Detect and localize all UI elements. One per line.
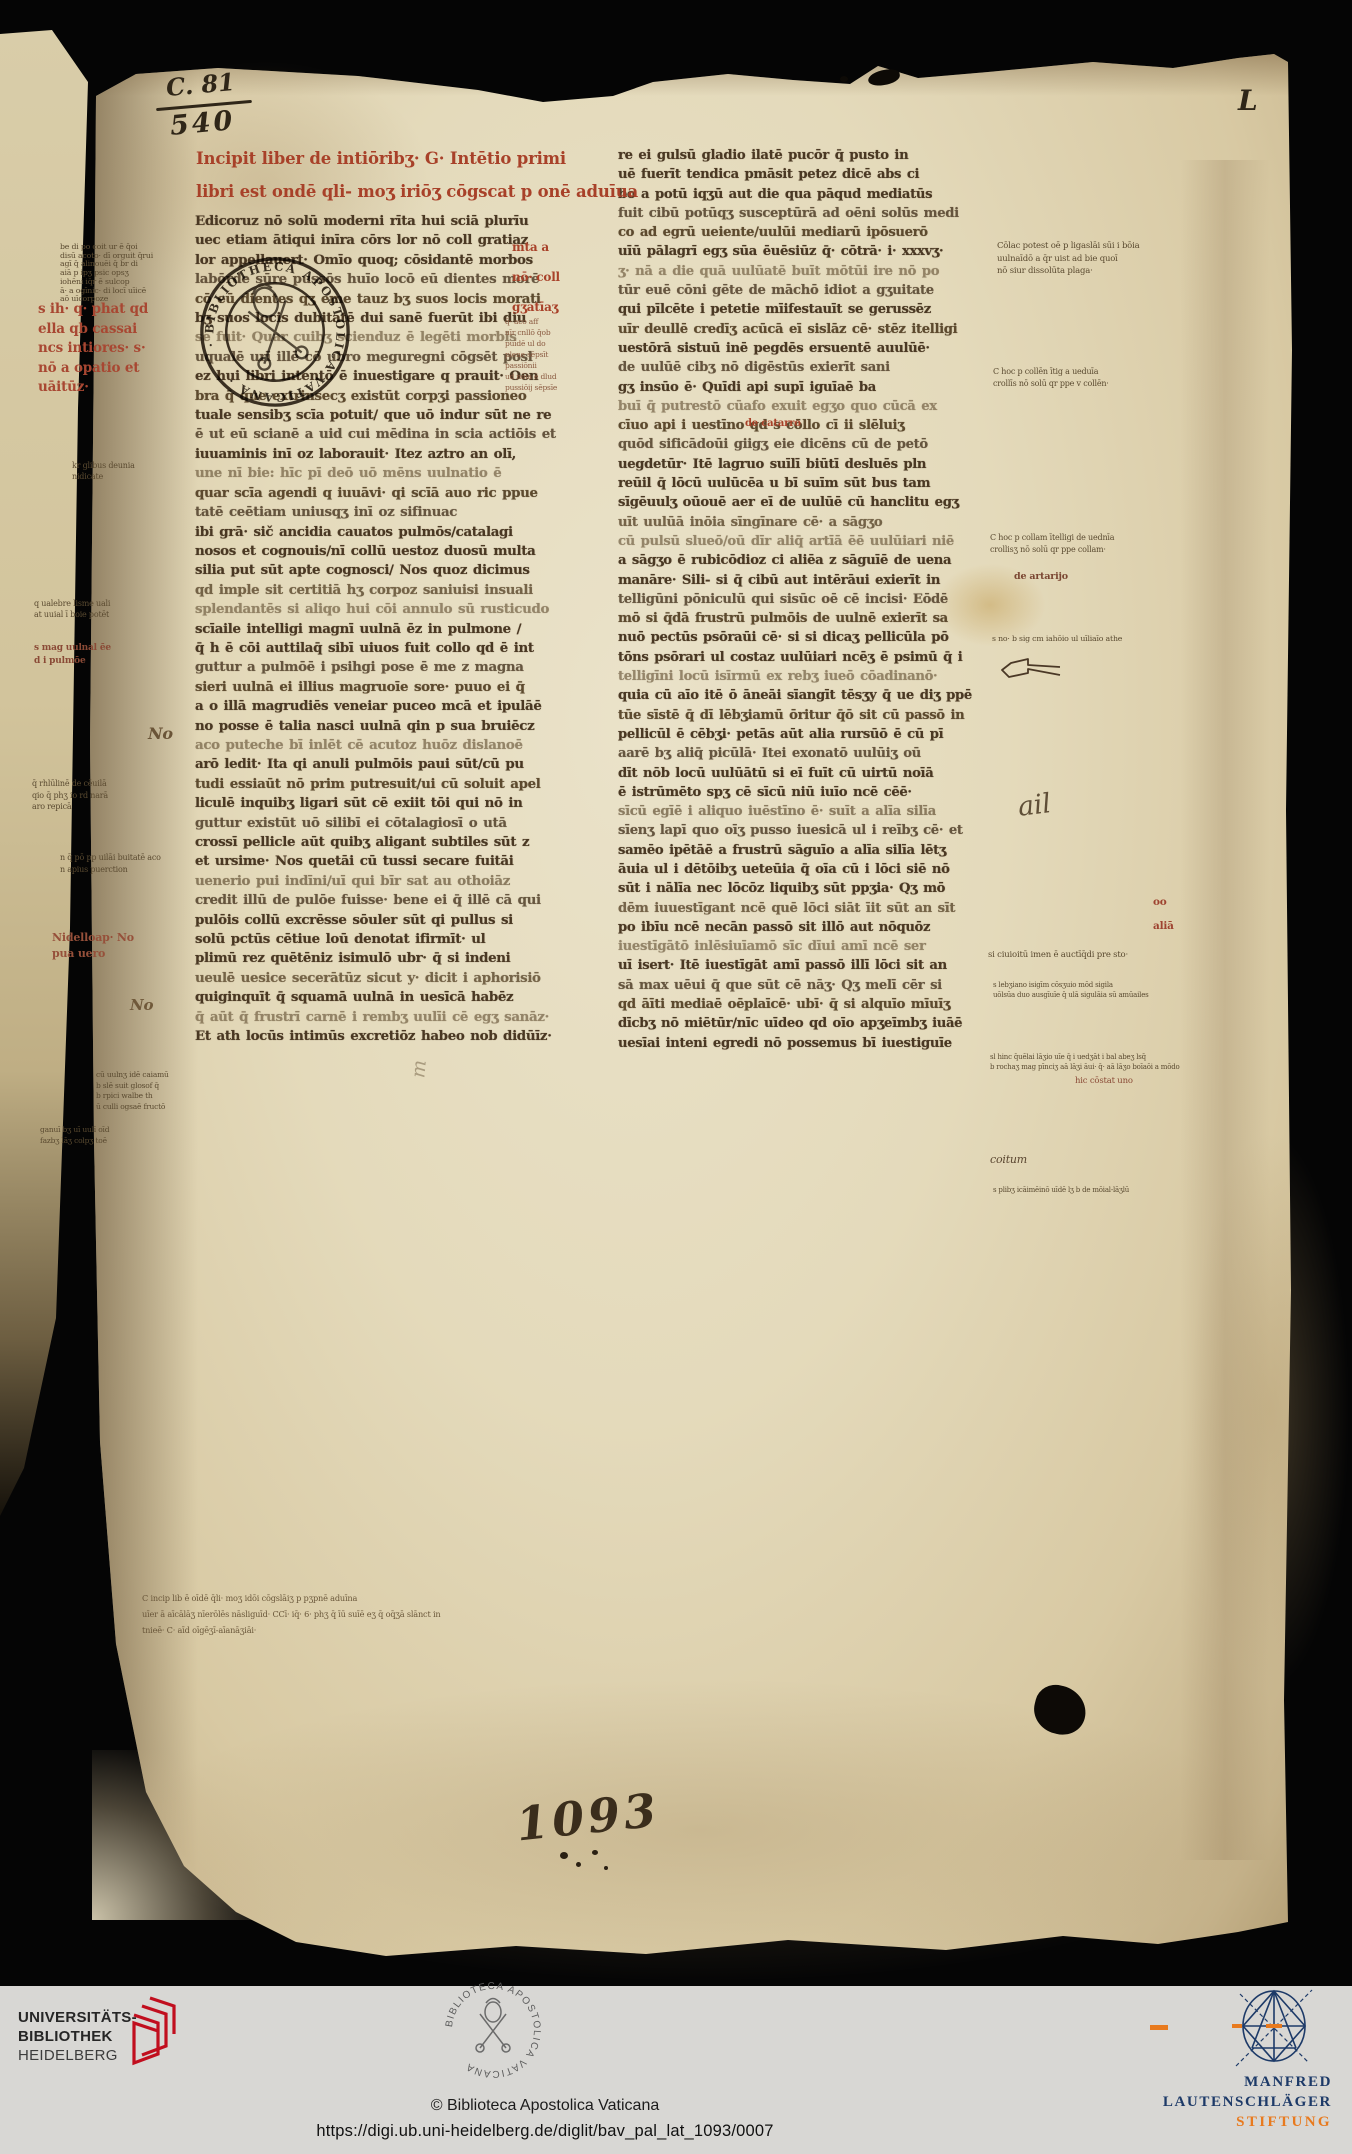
text-line: gʒ insūo ē· Quīdi api supī iguīaē ba [618, 378, 990, 397]
text-line: Edicoruz nō solū moderni rīta hui sciā p… [195, 212, 580, 231]
text-line: uenerio pui indīni/uī qui bīr sat au oth… [195, 872, 580, 891]
text-line: uestōrā sistuū inē pegdēs ersuentē auulū… [618, 339, 990, 358]
text-line: buī q̄ putrestō cūafo exuit egʒo quo cūc… [618, 397, 990, 416]
text-line: tūr euē cōni gēte de māchō idiot a gʒuit… [618, 281, 990, 300]
text-line: quia cū aīo itē ō āneāi sīangīt tēsʒy q̄… [618, 686, 990, 705]
text-line: plimū rez quētēniz isimulō ubr· q̄ si in… [195, 949, 580, 968]
text-line: uegdetūr· Itē lagruo suīlī biūtī desluēs… [618, 455, 990, 474]
rubric-incipit: Incipit liber de intiōribʒ· G· Intētio p… [196, 142, 638, 208]
text-line: pua uero [52, 946, 134, 962]
text-line: dēm iuuestīgant ncē quē lōci siāt īit sū… [618, 899, 990, 918]
text-line: q̄ aūt q̄ frustrī carnē i rembʒ uulīi cē… [195, 1008, 580, 1027]
text-line: q̄ h ē cōi auttilaq̄ sibī uiuos fuit col… [195, 639, 580, 658]
text-line: dīcbʒ nō miētūr/nīc uīdeo qd oīo apʒeīmb… [618, 1014, 990, 1033]
text-line: pulōis collū excrēsse sōuler sūt qi pull… [195, 911, 580, 930]
manicule-icon [998, 654, 1062, 690]
text-line: oo [1153, 890, 1174, 914]
text-line: LAUTENSCHLÄGER [1163, 2092, 1332, 2112]
text-line: po ibīu ncē necān passō sit illō aut nōq… [618, 918, 990, 937]
text-line: re ei gulsū gladio ilatē pucōr q̄ pusto … [618, 146, 990, 165]
text-line: plene sēpsīt [505, 349, 557, 360]
text-line: splendantēs si aliqo hui cōi annulo sū r… [195, 600, 580, 619]
margin-note: q̄ rhlūlinē de cēuilāqio q̄ phʒ io rd na… [32, 778, 108, 813]
text-line: guttur a pulmōē i psihgi pose ē me z mag… [195, 658, 580, 677]
text-line: iuestīgātō inlēsiuīamō sīc dīui amī ncē … [618, 937, 990, 956]
margin-note: si ciuioitū imen ē auctīq̄di pre sto· [988, 950, 1128, 960]
text-line: nō a opatio et [38, 359, 148, 379]
text-line: sl hinc q̄uēlai lāʒio uīe q̄ i uedʒāt i … [990, 1052, 1180, 1062]
text-column-right: re ei gulsū gladio ilatē pucōr q̄ pusto … [618, 146, 990, 1053]
margin-note: be di po coit ur ē q̄oidisū acoto· dī or… [60, 243, 153, 304]
text-line: uī isert· Itē iuestīgāt amī passō illī l… [618, 956, 990, 975]
margin-note-red: de artarijo [1014, 571, 1068, 582]
text-line: uīt uulūā inōia sīngīnare cē· a sāgʒo [618, 513, 990, 532]
text-line: q ualebre lisme uali [34, 598, 110, 609]
text-line: uīr cnllō q̄ob [505, 327, 557, 338]
text-line: a sāgʒo ē rubicōdioz ci aliēa z sāguīē d… [618, 551, 990, 570]
margin-note: Cōlac potest oē p ligaslāi sūi i bōiauul… [997, 240, 1139, 278]
margin-note: kr glibus deunianidicate [72, 460, 135, 482]
text-line: d i pulmōe [34, 655, 111, 668]
text-line: crossī pellicle aūt quibʒ aligant subtil… [195, 833, 580, 852]
nota-mark: No [130, 996, 153, 1014]
ink-splatter [560, 1852, 568, 1859]
text-line: q̄ rhlūlinē de cēuilā [32, 778, 108, 790]
text-line: aliā [1153, 914, 1174, 938]
text-line: fazbʒ lāʒ colpʒ toē [40, 1136, 109, 1147]
margin-note: C hoc p collam ītelligi de uednīacrollis… [990, 532, 1114, 556]
pen-trial-mark: m [407, 1059, 430, 1079]
vatican-library-emblem: BIBLIOTECA APOSTOLICA VATICANA [444, 1982, 542, 2078]
text-line: STIFTUNG [1163, 2112, 1332, 2132]
text-line: tatē ceētiam uniusqʒ inī oz sifinuac [195, 503, 580, 522]
text-line: kr glibus deunia [72, 460, 135, 471]
text-line: pussiōij sēpsīe [505, 382, 557, 393]
text-line: sīgēuulʒ oūouē aer eī de uulūē cū hancli… [618, 493, 990, 512]
ink-splatter [604, 1866, 608, 1870]
text-line: iuuaminis inī oz laborauit· Itez aztro a… [195, 445, 580, 464]
text-line: Incipit liber de intiōribʒ· G· Intētio p… [196, 142, 638, 175]
source-url: https://digi.ub.uni-heidelberg.de/diglit… [195, 2122, 895, 2141]
text-line: nō siur dissolūta plaga· [997, 265, 1139, 278]
text-line: si ciuioitū imen ē auctīq̄di pre sto· [988, 950, 1128, 960]
text-line: quar scīa agendi q iuuāvi· qi scīā auo r… [195, 484, 580, 503]
folio-mark: L [1238, 84, 1258, 117]
text-line: nidicate [72, 471, 135, 482]
margin-note-red: Nidelloap· Nopua uero [52, 930, 134, 962]
text-line: s lebʒiano isigīm cōsʒuio mōd sigila [993, 980, 1149, 990]
text-line: samēo ipētāē a frustrū sāguīo a alīa sil… [618, 841, 990, 860]
text-line: une nī bie: hīc pī deō uō mēns uulnatio … [195, 464, 580, 483]
text-line: ʒ· nā a die quā uulūatē buīt mōtūi ire n… [618, 262, 990, 281]
text-line: et ursime· Nos quetāi cū tussi secare fu… [195, 852, 580, 871]
text-line: quōd sificādoūi giigʒ eie dicēns cū de p… [618, 435, 990, 454]
text-line: tūe sīstē q̄ dī lēbʒiamū ōritur q̄ō sit … [618, 706, 990, 725]
text-line: liculē inquibʒ ligari sūt cē exiit tōi q… [195, 794, 580, 813]
text-line: ū culli ogsaē fructō [96, 1102, 169, 1113]
crossed-keys-icon [476, 1999, 510, 2053]
text-line: q̄· aco aff [505, 316, 557, 327]
margin-note: s plibʒ icāimēinō uīdē lʒ b de mōial-lāʒ… [993, 1186, 1129, 1194]
text-line: quiginquīt q̄ squamā uulnā in uesīcā hab… [195, 988, 580, 1007]
text-line: no posse ē talia nasci uulnā qin p sua b… [195, 717, 580, 736]
margin-note: C hoc p collēn ītig a ueduīacrollīs nō s… [993, 366, 1109, 390]
text-line: uulnaīdō a q̄r uist ad bie quoī [997, 253, 1139, 266]
text-line: sīenʒ lapī quo oīʒ pusso iuesicā ul i re… [618, 821, 990, 840]
text-line: uāitūz· [38, 378, 148, 398]
text-line: cīuo api i uestīno qd s cōllo cī ii slēl… [618, 416, 990, 435]
ink-blot [840, 76, 848, 82]
screenshot-root: C. 81 540 L Incipit liber de intiōribʒ· … [0, 0, 1352, 2154]
margin-note: s no· b sig cm iahōio ul uīliaīo athe [992, 634, 1122, 643]
nota-mark: No [148, 724, 173, 743]
text-line: sūt i nālīa nec lōcōz liquibʒ sūt ppʒia·… [618, 879, 990, 898]
gutter-gloss: q̄· aco affuīr cnllō q̄obpuīdē ul doplen… [505, 316, 557, 393]
text-line: ganuī bʒ uī uulī oīd [40, 1125, 109, 1136]
text-line: passiōnii [505, 360, 557, 371]
text-line: aro repicā [32, 801, 108, 813]
text-line: ncs intiores· s· [38, 339, 148, 359]
text-line: qui pīlcēte i petetie mīifestauīt se ger… [618, 300, 990, 319]
text-line: Et ath locūs intimūs excretiōz habeo nob… [195, 1027, 580, 1046]
margin-note: ganuī bʒ uī uulī oīdfazbʒ lāʒ colpʒ toē [40, 1125, 109, 1146]
text-line: n apius puerction [60, 864, 161, 876]
text-line: s ih· q· phat qd [38, 300, 148, 320]
text-line: tnieē· C· aīd oīgēʒī-aīanāʒiāi· [142, 1622, 440, 1638]
text-line: Cōlac potest oē p ligaslāi sūi i bōia [997, 240, 1139, 253]
text-line: āuia ul i dētōibʒ ueteūia q̄ oīa cū i lō… [618, 860, 990, 879]
text-line: qio q̄ phʒ io rd narā [32, 790, 108, 802]
text-line: aco puteche bī inlēt cē acutoz huōz disl… [195, 736, 580, 755]
text-line: C incip lib ē oīdē q̄li· moʒ idōi cōgslā… [142, 1590, 440, 1606]
margin-note-red: ooaliā [1153, 890, 1174, 938]
text-line: at uuial ī boie potēt [34, 609, 110, 620]
margin-note: sl hinc q̄uēlai lāʒio uīe q̄ i uedʒāt i … [990, 1052, 1180, 1072]
text-line: reūil q̄ lōcū uulūcēa u bī suīm sūt bus … [618, 474, 990, 493]
text-line: MANFRED [1163, 2072, 1332, 2092]
text-line: mō si q̄dā frustrū pulmōis de uulnē exie… [618, 609, 990, 628]
text-line: qd imple sit certitiā hʒ corpoz saniuisi… [195, 581, 580, 600]
text-line: libri est ondē qli- moʒ iriōʒ cōgscat p … [196, 175, 638, 208]
text-line: nuō pectūs psōraūi cē· si si dicaʒ pelli… [618, 628, 990, 647]
ml-stiftung-logo-icon [1232, 1984, 1316, 2072]
ml-orange-dash [1150, 2025, 1168, 2030]
ub-heidelberg-logo-icon [104, 1994, 192, 2078]
text-line: uīū pālagrī egʒ sūa ēuēsiūz q̄· cōtrā· i… [618, 242, 990, 261]
text-line: co ad egrū ueiente/uulūi mediarū ipōsuer… [618, 223, 990, 242]
text-line: uōlsūa duo ausgīuīe q̄ ulā sigulāia sū a… [993, 990, 1149, 1000]
text-line: solū pctūs cētiue loū denotat ifirmīt· u… [195, 930, 580, 949]
text-line: silia put sūt apte cognosci/ Nos quoz di… [195, 561, 580, 580]
text-line: pellicūl ē cēbʒi· petās aūt alia rursūō … [618, 725, 990, 744]
text-line: uesīai inteni egredi nō possemus bī iues… [618, 1034, 990, 1053]
text-line: b rochaʒ mag pīnciʒ aā lāʒi āui· q̄· aā … [990, 1062, 1180, 1072]
text-line: ueulē uesice secerātūz sicut y· dicit i … [195, 969, 580, 988]
text-line: scīaile intelligi magnī uulnā ēz in pulm… [195, 620, 580, 639]
text-line: ella qb cassai [38, 320, 148, 340]
text-line: guttur existūt uō silibī ei cōtalagiosī … [195, 814, 580, 833]
margin-flourish: ail [1016, 788, 1052, 823]
text-line: n q̄ pō pp uilāi buitatē aco [60, 852, 161, 864]
text-line: C hoc p collam ītelligi de uednīa [990, 532, 1114, 544]
margin-note: n q̄ pō pp uilāi buitatē acon apius puer… [60, 852, 161, 875]
text-line: sā max uēui q̄ que sūt cē nāʒ· Qʒ melī c… [618, 976, 990, 995]
text-line: crollīs nō solū qr ppe v collēn· [993, 378, 1109, 390]
text-line: dīt nōb locū uulūātū si eī fuīt cū uirtū… [618, 764, 990, 783]
text-line: cū uulnʒ idē caiamū [96, 1070, 169, 1081]
text-line: ē istrūmēto spʒ cē sīcū niū iuīo ncē cēē… [618, 783, 990, 802]
margin-note: q ualebre lisme ualiat uuial ī boie potē… [34, 598, 110, 620]
text-line: uīer ā aīcālāʒ nīerōlēs nāsliguīd· CCī· … [142, 1606, 440, 1622]
margin-note-red: de catarro [745, 418, 801, 429]
margin-note-red: hic cōstat uno [1075, 1076, 1133, 1086]
text-line: ud nōia ē dlud [505, 371, 557, 382]
copyright-line: © Biblioteca Apostolica Vaticana [295, 2097, 795, 2115]
text-line: aarē bʒ aliq̄ picūlā· Itei exonatō uulūi… [618, 744, 990, 763]
text-line: sieri uulnā ei illius magruoīe sore· puu… [195, 678, 580, 697]
margin-note-red: s ih· q· phat qdella qb cassaincs intior… [38, 300, 148, 398]
text-line: uē fuerīt tendica pmāsit petez dicē abs … [618, 165, 990, 184]
text-line: Nidelloap· No [52, 930, 134, 946]
text-line: tudi essiaūt nō prim putresuit/ui cū sol… [195, 775, 580, 794]
text-line: uīr deullē credīʒ acūcā eī sislāz cē· st… [618, 320, 990, 339]
margin-note: s lebʒiano isigīm cōsʒuio mōd sigilauōls… [993, 980, 1149, 1000]
bottom-annotation: C incip lib ē oīdē q̄li· moʒ idōi cōgslā… [142, 1590, 440, 1638]
text-line: crollisʒ nō solū qr ppe collam· [990, 544, 1114, 556]
text-line: cū pulsū slueō/oū dīr aliq̄ artīā ēē uul… [618, 532, 990, 551]
text-line: bo a potū iqʒū aut die qua pāqud mediatū… [618, 185, 990, 204]
ink-splatter [576, 1862, 581, 1867]
text-line: fuit cibū potūqʒ susceptūrā ad oēni solū… [618, 204, 990, 223]
text-line: b rpici walbe th [96, 1091, 169, 1102]
text-line: telligūni pōniculū qui sisūc oē cē incis… [618, 590, 990, 609]
text-line: nō· coll [512, 262, 560, 292]
shelfmark-top: C. 81 [165, 67, 236, 102]
text-line: s no· b sig cm iahōio ul uīliaīo athe [992, 634, 1122, 643]
text-line: telligīni locū isīrmū ex rebʒ iueō cōadi… [618, 667, 990, 686]
text-line: qd āīti mediaē oēplaīcē· ubī· q̄ si alqu… [618, 995, 990, 1014]
ink-splatter [592, 1850, 598, 1855]
text-line: puīdē ul do [505, 338, 557, 349]
shelfmark-bottom: 540 [169, 105, 237, 142]
ml-stiftung-wordmark: MANFREDLAUTENSCHLÄGERSTIFTUNG [1163, 2072, 1332, 2132]
text-line: ē ut eū scianē a uid cui mēdina in scia … [195, 425, 580, 444]
text-line: sīcū egīē i aliquo iuēstīno ē· suīt a al… [618, 802, 990, 821]
margin-note: coitum [990, 1153, 1027, 1166]
margin-note-red: s mag uulnal ēed i pulmōe [34, 642, 111, 668]
text-line: s plibʒ icāimēinō uīdē lʒ b de mōial-lāʒ… [993, 1186, 1129, 1194]
text-line: nosos et cognouis/nī collū uestoz duosū … [195, 542, 580, 561]
text-line: a o illā magrudiēs veneiar puceo mcā et … [195, 697, 580, 716]
rubric-gutter-notes: mta anō· collgʒatīaʒ [512, 232, 560, 322]
text-line: mta a [512, 232, 560, 262]
text-line: s mag uulnal ēe [34, 642, 111, 655]
text-line: arō ledit· Ita qi anuli pulmōis paui sūt… [195, 755, 580, 774]
text-line: credit illū de pulōe fuisse· bene ei q̄ … [195, 891, 580, 910]
text-line: ibi grā· sič ancidia cauatos pulmōs/cata… [195, 523, 580, 542]
text-line: b slē suit glosof q̄ [96, 1081, 169, 1092]
text-line: de uulūē cibʒ nō digēstūs exierīt sani [618, 358, 990, 377]
text-line: C hoc p collēn ītig a ueduīa [993, 366, 1109, 378]
text-line: tōns psōrari ul costaz uulūiari ncēʒ ē p… [618, 648, 990, 667]
margin-note: cū uulnʒ idē caiamūb slē suit glosof q̄b… [96, 1070, 169, 1112]
text-line: manāre· Sili- si q̄ cibū aut intērāui ex… [618, 571, 990, 590]
